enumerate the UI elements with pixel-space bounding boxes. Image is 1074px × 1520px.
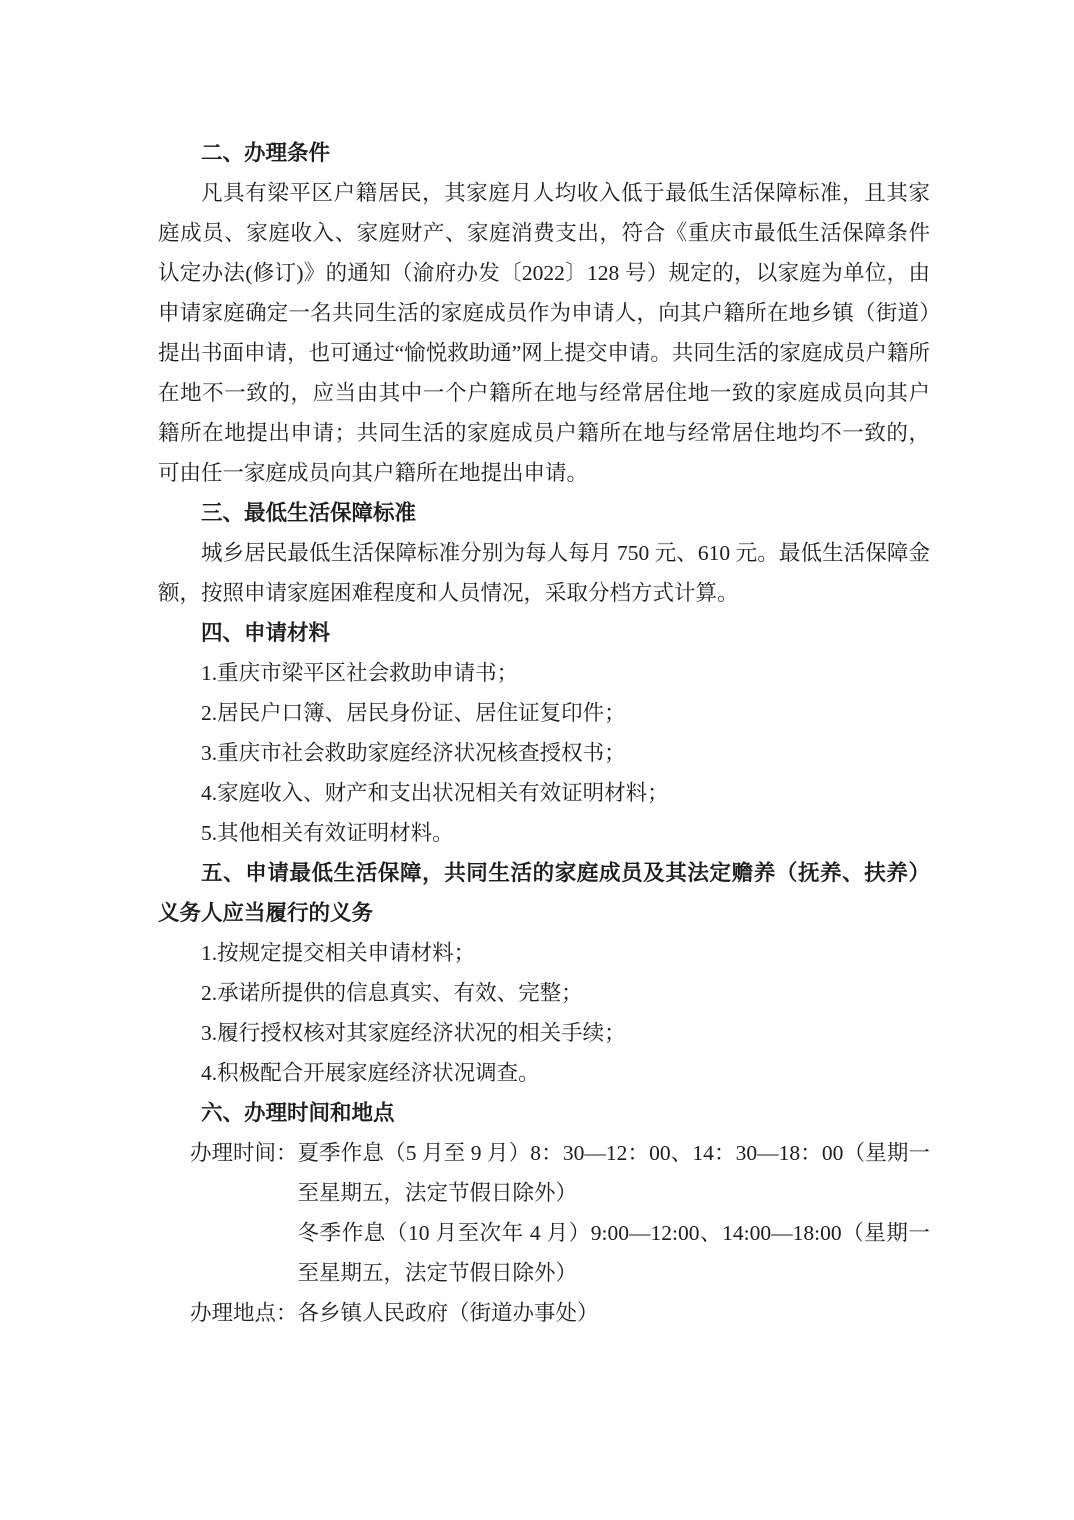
section-heading-standard: 三、最低生活保障标准 [158, 493, 930, 533]
list-item-material-5: 5.其他相关有效证明材料。 [158, 813, 930, 853]
list-item-material-2: 2.居民户口簿、居民身份证、居住证复印件； [158, 693, 930, 733]
list-item-obligation-1: 1.按规定提交相关申请材料； [158, 933, 930, 973]
office-hours-label: 办理时间： [190, 1133, 298, 1173]
section-heading-time-place: 六、办理时间和地点 [158, 1093, 930, 1133]
list-item-obligation-4: 4.积极配合开展家庭经济状况调查。 [158, 1053, 930, 1093]
winter-schedule: 冬季作息（10 月至次年 4 月）9:00—12:00、14:00—18:00（… [298, 1213, 930, 1293]
paragraph-standard: 城乡居民最低生活保障标准分别为每人每月 750 元、610 元。最低生活保障金额… [158, 533, 930, 613]
list-item-obligation-2: 2.承诺所提供的信息真实、有效、完整； [158, 973, 930, 1013]
section-heading-obligations: 五、申请最低生活保障，共同生活的家庭成员及其法定赡养（抚养、扶养）义务人应当履行… [158, 853, 930, 933]
list-item-obligation-3: 3.履行授权核对其家庭经济状况的相关手续； [158, 1013, 930, 1053]
summer-schedule: 夏季作息（5 月至 9 月）8：30—12：00、14：30—18：00（星期一… [298, 1133, 930, 1213]
office-location-value: 各乡镇人民政府（街道办事处） [298, 1293, 930, 1333]
office-location-text: 各乡镇人民政府（街道办事处） [298, 1293, 930, 1333]
office-hours-value: 夏季作息（5 月至 9 月）8：30—12：00、14：30—18：00（星期一… [298, 1133, 930, 1293]
paragraph-conditions: 凡具有梁平区户籍居民，其家庭月人均收入低于最低生活保障标准，且其家庭成员、家庭收… [158, 173, 930, 493]
list-item-material-3: 3.重庆市社会救助家庭经济状况核查授权书； [158, 733, 930, 773]
section-heading-conditions: 二、办理条件 [158, 133, 930, 173]
list-item-material-4: 4.家庭收入、财产和支出状况相关有效证明材料； [158, 773, 930, 813]
office-location-row: 办理地点： 各乡镇人民政府（街道办事处） [158, 1293, 930, 1333]
list-item-material-1: 1.重庆市梁平区社会救助申请书； [158, 653, 930, 693]
document-page: 二、办理条件 凡具有梁平区户籍居民，其家庭月人均收入低于最低生活保障标准，且其家… [0, 0, 1074, 1520]
office-hours-row: 办理时间： 夏季作息（5 月至 9 月）8：30—12：00、14：30—18：… [158, 1133, 930, 1293]
office-location-label: 办理地点： [190, 1293, 298, 1333]
section-heading-materials: 四、申请材料 [158, 613, 930, 653]
